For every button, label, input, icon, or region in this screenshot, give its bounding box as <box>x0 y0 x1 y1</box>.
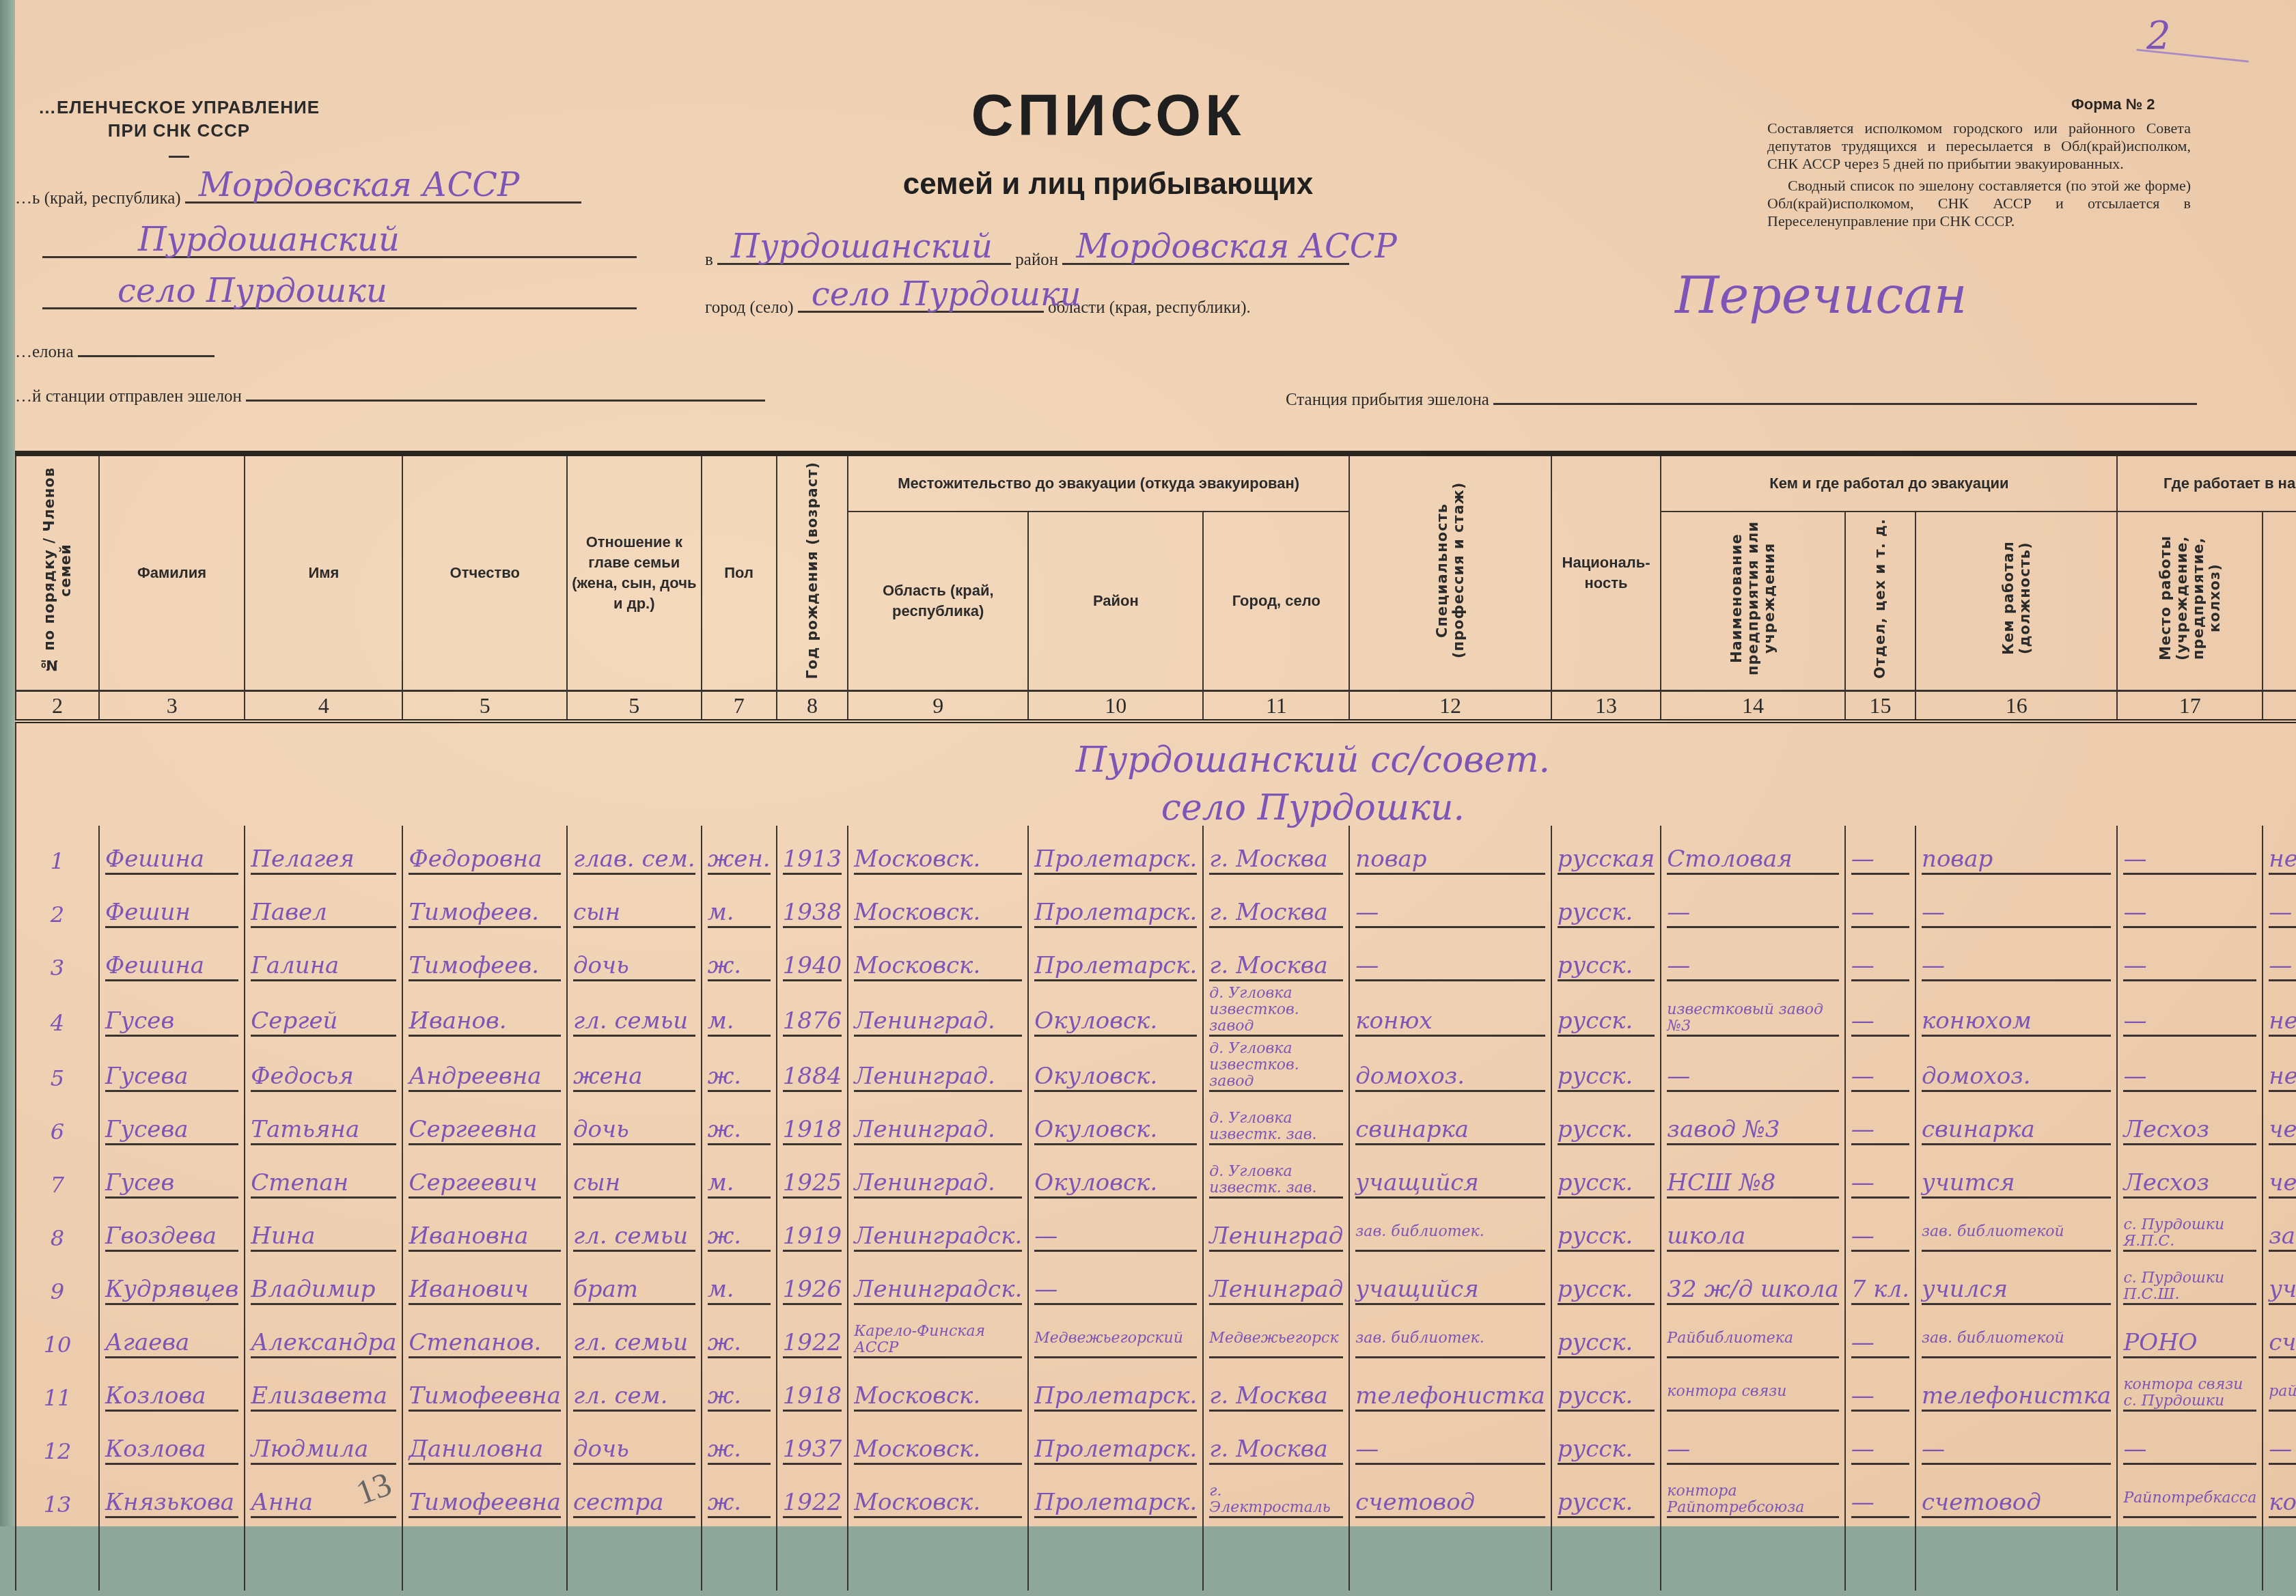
table-cell: ж. <box>708 1116 771 1145</box>
city-value: село Пурдошки <box>812 275 1081 313</box>
departure-label: …й станции отправлен эшелон <box>15 387 242 406</box>
table-cell: контора связи с. Пурдошки <box>2123 1377 2256 1412</box>
table-cell: Пролетарск. <box>1034 952 1197 981</box>
table-cell: Гвоздева <box>105 1222 238 1252</box>
table-cell: Ленинград. <box>854 1116 1022 1145</box>
table-cell: русск. <box>1558 1329 1655 1358</box>
table-cell: домохоз. <box>1922 1063 2111 1092</box>
table-cell: счетовод <box>1355 1489 1545 1518</box>
table-cell: Московск. <box>854 899 1022 928</box>
table-row: 4ГусевСергейИванов.гл. семьим.1876Ленинг… <box>16 985 2296 1041</box>
table-cell: глав. сем. <box>573 845 695 875</box>
region-label: …ь (край, республика) <box>15 189 181 208</box>
table-cell: Московск. <box>854 1436 1022 1465</box>
table-cell: м. <box>708 1169 771 1199</box>
instructions: Составляется исполкомом городского или р… <box>1767 120 2191 234</box>
table-cell: м. <box>708 1007 771 1037</box>
table-cell: Пролетарск. <box>1034 1489 1197 1518</box>
field-departure: …й станции отправлен эшелон <box>15 379 765 406</box>
table-cell: ж. <box>708 1063 771 1092</box>
table-cell: с. Пурдошки Я.П.С. <box>2123 1217 2256 1252</box>
agency-header: …ЕЛЕНЧЕСКОЕ УПРАВЛЕНИЕ ПРИ СНК СССР <box>15 96 343 158</box>
field-in-district: в Пурдошанский район Мордовская АССР <box>705 242 1349 270</box>
table-cell: 7 кл. <box>1851 1276 1909 1305</box>
table-cell: русск. <box>1558 1007 1655 1037</box>
table-cell: Галина <box>251 952 396 981</box>
table-cell: чернораб. <box>2269 1169 2296 1199</box>
table-cell: учился <box>1922 1276 2111 1305</box>
table-cell: русск. <box>1558 1489 1655 1518</box>
divider <box>169 156 189 158</box>
agency-line-2: ПРИ СНК СССР <box>15 119 343 142</box>
district-region-input[interactable]: Мордовская АССР <box>1062 242 1349 265</box>
table-cell: — <box>1922 1436 2111 1465</box>
table-cell: зав. библиотекой <box>1922 1330 2111 1358</box>
table-cell: учащ. <box>2269 1276 2296 1305</box>
region-input[interactable]: Мордовская АССР <box>185 181 581 204</box>
section-row: село Пурдошки. <box>16 778 2296 826</box>
table-cell: брат <box>573 1276 695 1305</box>
table-cell: — <box>1851 1116 1909 1145</box>
table-cell: д. Угловка известк. зав. <box>1209 1110 1343 1145</box>
table-cell: Фешина <box>105 845 238 875</box>
table-cell: 1918 <box>783 1382 842 1412</box>
table-cell: — <box>1851 1382 1909 1412</box>
table-cell: 1913 <box>783 845 842 875</box>
table-cell: — <box>1851 1436 1909 1465</box>
table-cell: 5 <box>22 1065 93 1092</box>
col-header-enterprise: Наименование предприятия или учреждения <box>1661 512 1844 691</box>
table-cell: Окуловск. <box>1034 1169 1197 1199</box>
table-cell: Лесхоз <box>2123 1116 2256 1145</box>
table-cell: Медвежьегорск <box>1209 1330 1343 1358</box>
table-cell: русская <box>1558 845 1655 875</box>
table-row: 3ФешинаГалинаТимофеев.дочьж.1940Московск… <box>16 932 2296 985</box>
table-cell: 7 <box>22 1171 93 1199</box>
table-cell: г. Москва <box>1209 1436 1343 1465</box>
table-cell: жен. <box>708 845 771 875</box>
table-cell: дочь <box>573 1116 695 1145</box>
table-cell: Ленинград. <box>854 1169 1022 1199</box>
table-cell: 2 <box>22 901 93 928</box>
table-cell: — <box>1851 1222 1909 1252</box>
section-row: Пурдошанский сс/совет. <box>16 721 2296 778</box>
table-cell: ж. <box>708 1382 771 1412</box>
table-cell: счетовод <box>1922 1489 2111 1518</box>
table-cell: Ленинград <box>1209 1276 1343 1305</box>
city-label: город (село) <box>705 298 794 317</box>
table-cell: — <box>1034 1222 1197 1252</box>
echelon-input[interactable] <box>78 335 215 357</box>
table-cell: гл. сем. <box>573 1382 695 1412</box>
city-input[interactable]: село Пурдошки <box>798 290 1044 313</box>
table-cell: не работает <box>2269 1007 2296 1037</box>
column-number-row: 2345578910111213141516171819 <box>16 691 2296 722</box>
page-subtitle: семей и лиц прибывающих <box>766 167 1450 201</box>
form-sheet: …ЕЛЕНЧЕСКОЕ УПРАВЛЕНИЕ ПРИ СНК СССР СПИС… <box>15 0 2296 1526</box>
village-input[interactable]: село Пурдошки <box>42 287 637 309</box>
group-header-work-before: Кем и где работал до эвакуации <box>1661 453 2117 512</box>
empty-row <box>16 1522 2296 1526</box>
table-cell: д. Угловка известков. завод <box>1209 1041 1343 1092</box>
table-cell: русск. <box>1558 1222 1655 1252</box>
table-cell: 1926 <box>783 1276 842 1305</box>
arrival-input[interactable] <box>1493 382 2197 405</box>
handwritten-stamp: Перечисан <box>1675 266 1967 325</box>
table-cell: Сергей <box>251 1007 396 1037</box>
table-cell: школа <box>1667 1222 1838 1252</box>
table-cell: зав. библиотек. <box>1355 1224 1545 1252</box>
table-cell: — <box>2269 952 2296 981</box>
in-label: в <box>705 251 713 269</box>
col-header-department: Отдел, цех и т. д. <box>1845 512 1915 691</box>
table-cell: контролер <box>2269 1489 2296 1518</box>
table-cell: Столовая <box>1667 845 1838 875</box>
col-header-sex: Пол <box>702 453 777 691</box>
form-number: Форма № 2 <box>2071 96 2155 113</box>
section-title-2: село Пурдошки. <box>22 794 2296 822</box>
table-cell: — <box>2123 952 2256 981</box>
table-cell: Ленинград. <box>854 1063 1022 1092</box>
table-cell: 1925 <box>783 1169 842 1199</box>
region-value: Мордовская АССР <box>199 166 519 204</box>
table-cell: Райпотребкасса <box>2123 1490 2256 1518</box>
table-cell: Людмила <box>251 1436 396 1465</box>
col-header-work-done: Выполняемая работа <box>2263 512 2296 691</box>
table-cell: г. Москва <box>1209 845 1343 875</box>
col-header-surname: Фамилия <box>99 453 245 691</box>
table-cell: телефонистка <box>1355 1382 1545 1412</box>
table-cell: — <box>1851 899 1909 928</box>
table-cell: — <box>2269 1436 2296 1465</box>
table-cell: 3 <box>22 954 93 981</box>
field-village: село Пурдошки <box>42 287 637 314</box>
table-cell: 1 <box>22 848 93 875</box>
table-cell: конюхом <box>1922 1007 2111 1037</box>
table-cell: Павел <box>251 899 396 928</box>
table-cell: Московск. <box>854 1489 1022 1518</box>
table-cell: — <box>1355 952 1545 981</box>
table-cell: — <box>1922 899 2111 928</box>
table-cell: 1876 <box>783 1007 842 1037</box>
table-cell: — <box>1851 1007 1909 1037</box>
table-cell: русск. <box>1558 1063 1655 1092</box>
table-cell: дочь <box>573 1436 695 1465</box>
table-row: 5ГусеваФедосьяАндреевнаженаж.1884Ленингр… <box>16 1041 2296 1096</box>
table-cell: свинарка <box>1922 1116 2111 1145</box>
table-cell: Сергеевна <box>409 1116 561 1145</box>
table-cell: Окуловск. <box>1034 1063 1197 1092</box>
table-cell: 4 <box>22 1009 93 1037</box>
table-cell: домохоз. <box>1355 1063 1545 1092</box>
table-cell: Лесхоз <box>2123 1169 2256 1199</box>
table-cell: ж. <box>708 1436 771 1465</box>
table-cell: Окуловск. <box>1034 1116 1197 1145</box>
table-cell: РОНО <box>2123 1329 2256 1358</box>
col-header-relation: Отношение к главе семьи (жена, сын, дочь… <box>567 453 702 691</box>
binding-edge <box>0 0 15 1526</box>
table-cell: русск. <box>1558 1382 1655 1412</box>
table-cell: Фешин <box>105 899 238 928</box>
instruction-1: Составляется исполкомом городского или р… <box>1767 120 2191 173</box>
table-cell: не работает <box>2269 1063 2296 1092</box>
field-arrival: Станция прибытия эшелона <box>1286 382 2197 410</box>
echelon-label: …елона <box>15 343 74 361</box>
table-cell: НСШ №8 <box>1667 1169 1838 1199</box>
table-cell: завод №3 <box>1667 1116 1838 1145</box>
in-district-value: Пурдошанский <box>731 227 993 266</box>
table-cell: д. Угловка известков. завод <box>1209 985 1343 1037</box>
table-cell: г. Москва <box>1209 952 1343 981</box>
table-row: 8ГвоздеваНинаИвановнагл. семьиж.1919Лени… <box>16 1203 2296 1256</box>
table-cell: Иванович <box>409 1276 561 1305</box>
table-cell: Гусева <box>105 1063 238 1092</box>
table-cell: — <box>1355 1436 1545 1465</box>
table-cell: райорганизатор <box>2269 1384 2296 1412</box>
table-cell: Козлова <box>105 1382 238 1412</box>
table-cell: — <box>1667 899 1838 928</box>
table-cell: г. Электросталь <box>1209 1483 1343 1518</box>
table-cell: Сергеевич <box>409 1169 561 1199</box>
table-cell: — <box>1851 1329 1909 1358</box>
table-cell: — <box>1851 1489 1909 1518</box>
table-row: 12КозловаЛюдмилаДаниловнадочьж.1937Моско… <box>16 1416 2296 1469</box>
table-cell: Карело-Финская АССР <box>854 1324 1022 1358</box>
table-cell: — <box>1851 1169 1909 1199</box>
table-cell: Кудрявцев <box>105 1276 238 1305</box>
table-cell: ж. <box>708 1489 771 1518</box>
table-cell: счетовод <box>2269 1329 2296 1358</box>
table-cell: русск. <box>1558 1169 1655 1199</box>
table-cell: 9 <box>22 1278 93 1305</box>
table-cell: гл. семьи <box>573 1222 695 1252</box>
table-cell: Владимир <box>251 1276 396 1305</box>
table-cell: учащийся <box>1355 1169 1545 1199</box>
table-cell: г. Москва <box>1209 899 1343 928</box>
table-row: 10АгаеваАлександраСтепанов.гл. семьиж.19… <box>16 1309 2296 1362</box>
form-number-value: 2 <box>2146 96 2155 113</box>
table-cell: зав. библиотек. <box>1355 1330 1545 1358</box>
table-cell: — <box>1667 1063 1838 1092</box>
table-cell: 1918 <box>783 1116 842 1145</box>
table-cell: Нина <box>251 1222 396 1252</box>
in-district-input[interactable]: Пурдошанский <box>717 242 1011 265</box>
table-cell: Московск. <box>854 1382 1022 1412</box>
col-header-specialty: Специальность (профессия и стаж) <box>1349 453 1551 691</box>
table-cell: ж. <box>708 1222 771 1252</box>
table-row: 1ФешинаПелагеяФедоровнаглав. сем.жен.191… <box>16 826 2296 879</box>
table-cell: Медвежьегорский <box>1034 1330 1197 1358</box>
table-cell: 1938 <box>783 899 842 928</box>
table-cell: — <box>1667 952 1838 981</box>
table-cell: Андреевна <box>409 1063 561 1092</box>
table-cell: 11 <box>22 1384 93 1412</box>
table-cell: Елизавета <box>251 1382 396 1412</box>
table-cell: Ленинградск. <box>854 1222 1022 1252</box>
table-cell: Тимофеев. <box>409 952 561 981</box>
table-cell: — <box>1034 1276 1197 1305</box>
col-header-raion: Район <box>1028 512 1203 691</box>
table-cell: известковый завод №3 <box>1667 1002 1838 1037</box>
table-cell: Московск. <box>854 952 1022 981</box>
table-cell: контора Райпотребсоюза <box>1667 1483 1838 1518</box>
table-row: 11КозловаЕлизаветаТимофеевнагл. сем.ж.19… <box>16 1362 2296 1416</box>
col-header-position: Кем работал (должность) <box>1915 512 2117 691</box>
col-header-city: Город, село <box>1203 512 1349 691</box>
table-cell: сын <box>573 899 695 928</box>
table-cell: Пролетарск. <box>1034 1436 1197 1465</box>
table-cell: Иванов. <box>409 1007 561 1037</box>
table-cell: дочь <box>573 952 695 981</box>
evacuee-table: № по порядку / Членов семей Фамилия Имя … <box>15 451 2296 1526</box>
table-cell: заготовитель <box>2269 1222 2296 1252</box>
instruction-2: Сводный список по эшелону составляется (… <box>1767 177 2191 230</box>
form-number-label: Форма № <box>2071 96 2142 113</box>
table-cell: русск. <box>1558 899 1655 928</box>
col-header-oblast: Область (край, республика) <box>848 512 1028 691</box>
field-city: город (село) село Пурдошки области (края… <box>705 290 1251 318</box>
table-cell: г. Москва <box>1209 1382 1343 1412</box>
table-cell: конюх <box>1355 1007 1545 1037</box>
table-cell: — <box>2123 899 2256 928</box>
table-cell: 1922 <box>783 1489 842 1518</box>
table-cell: 8 <box>22 1224 93 1252</box>
table-cell: — <box>1851 1063 1909 1092</box>
table-cell: русск. <box>1558 1116 1655 1145</box>
table-cell: телефонистка <box>1922 1382 2111 1412</box>
table-cell: русск. <box>1558 952 1655 981</box>
district-input[interactable]: Пурдошанский <box>42 236 637 258</box>
table-row: 6ГусеваТатьянаСергеевнадочьж.1918Ленингр… <box>16 1096 2296 1149</box>
table-cell: Тимофеевна <box>409 1382 561 1412</box>
table-cell: Козлова <box>105 1436 238 1465</box>
field-region: …ь (край, республика) Мордовская АССР <box>15 181 581 208</box>
field-district: Пурдошанский <box>42 236 637 263</box>
village-value: село Пурдошки <box>117 272 387 310</box>
table-cell: контора связи <box>1667 1384 1838 1412</box>
table-cell: гл. семьи <box>573 1007 695 1037</box>
table-cell: Гусев <box>105 1169 238 1199</box>
table-cell: повар <box>1922 845 2111 875</box>
col-header-nationality: Националь-ность <box>1551 453 1661 691</box>
table-cell: зав. библиотекой <box>1922 1224 2111 1252</box>
table-cell: Пролетарск. <box>1034 1382 1197 1412</box>
district-value: Пурдошанский <box>138 221 400 259</box>
table-cell: м. <box>708 899 771 928</box>
table-cell: Гусев <box>105 1007 238 1037</box>
table-cell: — <box>2123 1007 2256 1037</box>
table-cell: Райбиблиотека <box>1667 1330 1838 1358</box>
table-cell: чернораб. <box>2269 1116 2296 1145</box>
table-cell: 13 <box>22 1491 93 1518</box>
table-cell: — <box>2269 899 2296 928</box>
group-header-residence: Местожительство до эвакуации (откуда эва… <box>848 453 1349 512</box>
table-cell: Гусева <box>105 1116 238 1145</box>
table-cell: Пролетарск. <box>1034 845 1197 875</box>
table-cell: Александра <box>251 1329 396 1358</box>
table-cell: ж. <box>708 1329 771 1358</box>
table-cell: — <box>1851 845 1909 875</box>
table-cell: 1922 <box>783 1329 842 1358</box>
table-cell: Пелагея <box>251 845 396 875</box>
table-cell: сын <box>573 1169 695 1199</box>
col-header-number: № по порядку / Членов семей <box>16 453 99 691</box>
table-row: 9КудрявцевВладимирИвановичбратм.1926Лени… <box>16 1256 2296 1309</box>
col-header-birth-year: Год рождения (возраст) <box>777 453 848 691</box>
table-cell: ж. <box>708 952 771 981</box>
table-cell: сестра <box>573 1489 695 1518</box>
table-cell: Московск. <box>854 845 1022 875</box>
table-cell: 10 <box>22 1331 93 1358</box>
table-cell: с. Пурдошки П.С.Ш. <box>2123 1270 2256 1305</box>
table-cell: Фешина <box>105 952 238 981</box>
section-title-1: Пурдошанский сс/совет. <box>22 746 2296 774</box>
table-cell: Татьяна <box>251 1116 396 1145</box>
table-cell: — <box>1355 899 1545 928</box>
table-cell: — <box>2123 845 2256 875</box>
table-cell: — <box>1922 952 2111 981</box>
table-cell: русск. <box>1558 1276 1655 1305</box>
table-cell: Князькова <box>105 1489 238 1518</box>
table-cell: учащийся <box>1355 1276 1545 1305</box>
table-cell: Степан <box>251 1169 396 1199</box>
table-cell: Тимофеев. <box>409 899 561 928</box>
table-cell: Ленинград <box>1209 1222 1343 1252</box>
departure-input[interactable] <box>246 379 765 402</box>
table-cell: Степанов. <box>409 1329 561 1358</box>
col-header-patronymic: Отчество <box>402 453 567 691</box>
table-cell: Агаева <box>105 1329 238 1358</box>
table-cell: 1884 <box>783 1063 842 1092</box>
col-header-workplace: Место работы (учреждение, предприятие, к… <box>2117 512 2263 691</box>
table-cell: свинарка <box>1355 1116 1545 1145</box>
group-header-work-now: Где работает в настоящее время <box>2117 453 2296 512</box>
table-cell: 1919 <box>783 1222 842 1252</box>
table-cell: Ивановна <box>409 1222 561 1252</box>
table-cell: Федосья <box>251 1063 396 1092</box>
table-cell: Тимофеевна <box>409 1489 561 1518</box>
table-cell: Ленинград. <box>854 1007 1022 1037</box>
table-cell: Ленинградск. <box>854 1276 1022 1305</box>
table-cell: Пролетарск. <box>1034 899 1197 928</box>
arrival-label: Станция прибытия эшелона <box>1286 391 1489 409</box>
table-cell: — <box>1667 1436 1838 1465</box>
table-cell: Федоровна <box>409 845 561 875</box>
page-title: СПИСОК <box>766 82 1450 150</box>
table-cell: 12 <box>22 1438 93 1465</box>
table-cell: учится <box>1922 1169 2111 1199</box>
table-cell: — <box>2123 1436 2256 1465</box>
table-cell: Окуловск. <box>1034 1007 1197 1037</box>
table-cell: — <box>2123 1063 2256 1092</box>
table-cell: 32 ж/д школа <box>1667 1276 1838 1305</box>
table-cell: не работает <box>2269 845 2296 875</box>
agency-line-1: …ЕЛЕНЧЕСКОЕ УПРАВЛЕНИЕ <box>15 96 343 119</box>
table-cell: м. <box>708 1276 771 1305</box>
table-cell: 6 <box>22 1118 93 1145</box>
district-label: район <box>1015 251 1058 269</box>
table-cell: 1937 <box>783 1436 842 1465</box>
table-cell: жена <box>573 1063 695 1092</box>
table-cell: гл. семьи <box>573 1329 695 1358</box>
col-header-name: Имя <box>245 453 402 691</box>
table-cell: Даниловна <box>409 1436 561 1465</box>
table-cell: д. Угловка известк. зав. <box>1209 1164 1343 1199</box>
table-cell: 1940 <box>783 952 842 981</box>
field-echelon: …елона <box>15 335 215 362</box>
table-cell: повар <box>1355 845 1545 875</box>
table-row: 7ГусевСтепанСергеевичсынм.1925Ленинград.… <box>16 1149 2296 1203</box>
